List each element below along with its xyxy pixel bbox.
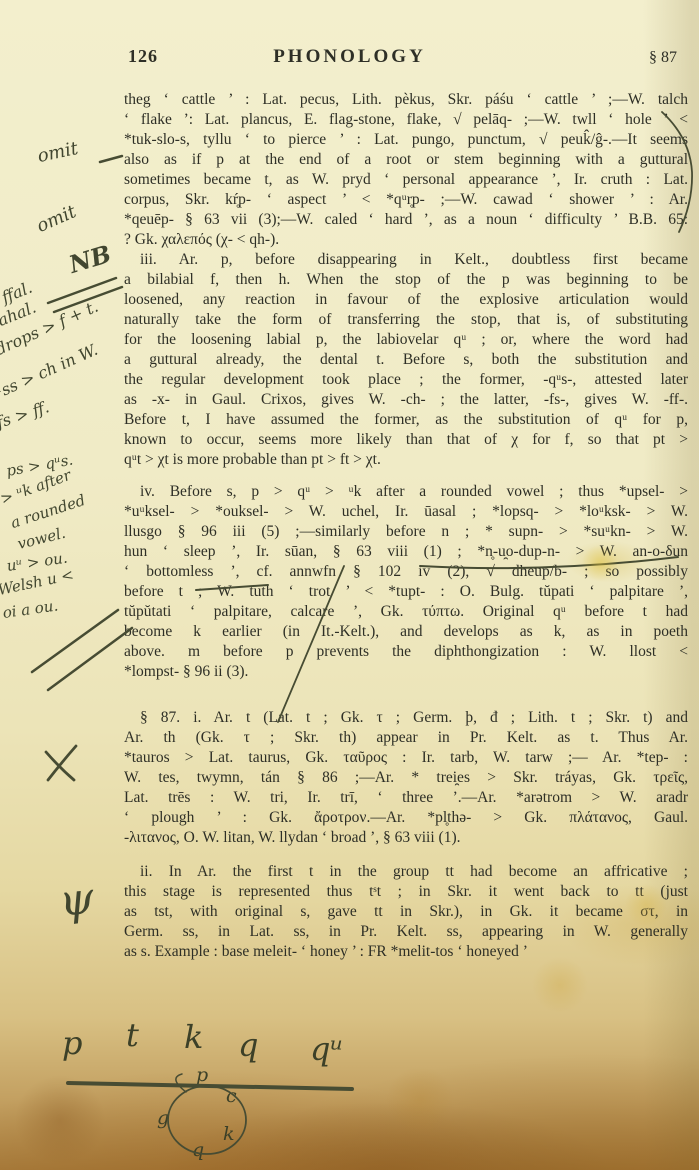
paragraph-iv: iv. Before s, p > qᵘ > ᵘk after a rounde… [124,482,688,682]
handwritten-letter: q [238,1026,258,1064]
pen-dash-after-omit [100,156,122,162]
text-line: a guttural already, the dental t. Before… [124,350,688,370]
text-line: *uᵘksel- > *ouksel- > W. uchel, Ir. ūasa… [124,502,688,522]
handwritten-note: oi a ou. [1,596,59,622]
pen-double-slash-1 [32,610,118,672]
paragraph-87-ii: ii. In Ar. the first t in the group tt h… [124,862,688,962]
text-line: *tauros > Lat. taurus, Gk. ταῦρος : Ir. … [124,748,688,768]
page-title: PHONOLOGY [0,46,699,68]
pen-x-mark-2 [48,746,76,780]
handwritten-note-omit-1: omit [36,138,80,167]
paragraph-iii: iii. Ar. p, before disappearing in Kelt.… [124,250,688,470]
handwritten-letter: c [226,1085,237,1107]
paragraph-87-i: § 87. i. Ar. t (Lat. t ; Gk. τ ; Germ. þ… [124,708,688,848]
text-line: theg ‘ cattle ’ : Lat. pecus, Lith. pèku… [124,90,688,110]
text-line: also as if p at the end of a root or ste… [124,150,688,170]
text-line: ‘ bottomless ’, cf. annwfn § 102 iv (2),… [124,562,688,582]
text-line: the regular development took place ; the… [124,370,688,390]
text-line: llusgo § 96 iii (5) ;—similarly before n… [124,522,688,542]
text-line: Lat. trēs : W. tri, Ir. trī, ‘ three ’.—… [124,788,688,808]
handwritten-letter: q [192,1139,204,1161]
text-line: hun ‘ sleep ’, Ir. sūan, § 63 viii (1) ;… [124,542,688,562]
text-line: for the loosening labial p, the labiovel… [124,330,688,350]
handwritten-letter: p [196,1064,208,1086]
text-line: tŭpŭtati ‘ palpitare, calcare ’, Gk. τύπ… [124,602,688,622]
text-line: *tuk-slo-s, tyllu ‘ to pierce ’ : Lat. p… [124,130,688,150]
text-line: known to occur, seems more likely than t… [124,430,688,450]
handwritten-letter: p [62,1024,82,1062]
text-line: *lompst- § 96 ii (3). [124,662,688,682]
handwritten-letter: k [223,1123,235,1145]
text-line: Before t, I have assumed the former, as … [124,410,688,430]
handwritten-note-nb: NB [66,239,115,279]
paragraph-continuation: theg ‘ cattle ’ : Lat. pecus, Lith. pèku… [124,90,688,250]
text-line: ? Gk. χαλεπός (χ- < qh-). [124,230,688,250]
page-header: 126 PHONOLOGY § 87 [0,46,699,72]
text-line: this stage is represented thus tˢt ; in … [124,882,688,902]
text-line: sometimes became t, as W. pryd ‘ persona… [124,170,688,190]
text-line: corpus, Skr. kŕ̥p- ‘ aspect ’ < *qᵘr̥p- … [124,190,688,210]
text-line: W. tes, twymn, tán § 86 ;—Ar. * trei̯es … [124,768,688,788]
text-line: *qeuēp- § 63 vii (3);—W. caled ‘ hard ’,… [124,210,688,230]
pen-nb-underline-1 [48,278,116,303]
text-line: qᵘt > χt is more probable than pt > ft >… [124,450,688,470]
text-line: loosened, any reaction in favour of the … [124,290,688,310]
text-line: ‘ plough ’ : Gk. ἄροτρον.—Ar. *pl̥thə- >… [124,808,688,828]
text-line: iii. Ar. p, before disappearing in Kelt.… [124,250,688,270]
text-line: become k earlier (in It.-Kelt.), and dev… [124,622,688,642]
text-line: as tst, with original s, gave tt in Skr.… [124,902,688,922]
pen-baseline [68,1083,352,1089]
text-line: naturally take the form of transferring … [124,310,688,330]
text-line: ‘ flake ’: Lat. plancus, E. flag-stone, … [124,110,688,130]
handwritten-letter: g [157,1107,169,1129]
pen-circle-loop [176,1074,186,1092]
handwritten-letter: k [184,1018,203,1056]
handwritten-note-omit-2: omit [33,201,79,237]
text-line: Germ. ss, in Lat. ss, in Pr. Kelt. ss, a… [124,922,688,942]
scanned-book-page: 126 PHONOLOGY § 87 theg ‘ cattle ’ : Lat… [0,0,699,1170]
handwritten-psi-mark: ψ [57,873,97,927]
handwritten-letter: qᵘ [310,1030,343,1068]
text-line: before t ; W. tuth ‘ trot ’ < *tupt- : O… [124,582,688,602]
handwritten-note: fs > ff. [0,397,51,432]
handwritten-letter: t [126,1016,139,1054]
text-line: Ar. th (Gk. τ ; Skr. th) appear in Pr. K… [124,728,688,748]
pen-double-slash-2 [48,628,132,690]
printed-text-block: theg ‘ cattle ’ : Lat. pecus, Lith. pèku… [124,90,688,962]
text-line: a bilabial f, then h. When the stop of t… [124,270,688,290]
text-line: § 87. i. Ar. t (Lat. t ; Gk. τ ; Germ. þ… [124,708,688,728]
text-line: as s. Example : base meleit- ‘ honey ’ :… [124,942,688,962]
text-line: iv. Before s, p > qᵘ > ᵘk after a rounde… [124,482,688,502]
text-line: above. m before p prevents the diphthong… [124,642,688,662]
text-line: ii. In Ar. the first t in the group tt h… [124,862,688,882]
text-line: as -x- in Gaul. Crixos, gives W. -ch- ; … [124,390,688,410]
pen-x-mark-1 [46,752,74,780]
section-number: § 87 [649,49,677,67]
text-line: -λιτανος, O. W. litan, W. llydan ‘ broad… [124,828,688,848]
